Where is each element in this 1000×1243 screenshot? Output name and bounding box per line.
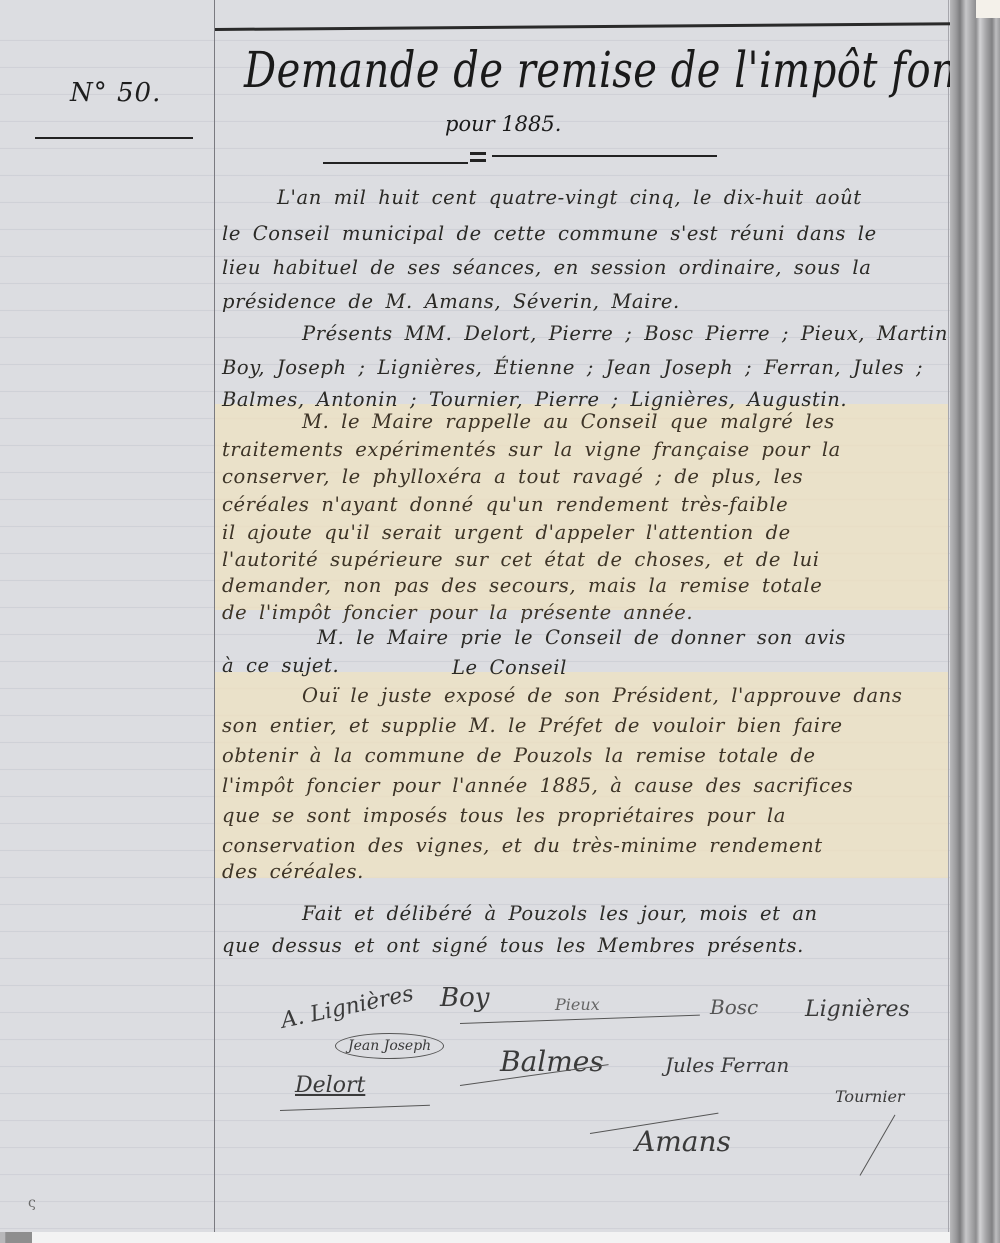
text-line: L'an mil huit cent quatre-vingt cinq, le… <box>277 186 862 209</box>
page-stack-edges <box>950 0 1000 1243</box>
text-line: Ouï le juste exposé de son Président, l'… <box>302 684 902 707</box>
signature: Jules Ferran <box>665 1053 789 1077</box>
text-line: son entier, et supplie M. le Préfet de v… <box>222 714 843 737</box>
text-line: que se sont imposés tous les propriétair… <box>222 804 786 827</box>
conseil-heading: Le Conseil <box>452 656 567 679</box>
title-underline-left <box>323 162 468 164</box>
text-line: M. le Maire rappelle au Conseil que malg… <box>302 410 835 433</box>
text-line: l'impôt foncier pour l'année 1885, à cau… <box>222 774 853 797</box>
signature: Amans <box>635 1125 731 1158</box>
signatures-block: A. Lignières Jean Joseph Boy Pieux Bosc … <box>260 975 940 1175</box>
signature-flourish <box>860 1115 896 1176</box>
title-underline-right <box>492 155 717 157</box>
signature: Boy <box>440 983 489 1013</box>
text-line: conservation des vignes, et du très-mini… <box>222 834 823 857</box>
signature: A. Lignières <box>279 981 416 1033</box>
signature: Jean Joseph <box>335 1033 444 1059</box>
text-line: que dessus et ont signé tous les Membres… <box>222 934 804 957</box>
page-bottom-edge <box>32 1232 955 1243</box>
text-line: céréales n'ayant donné qu'un rendement t… <box>222 493 788 516</box>
page-corner <box>976 0 1000 18</box>
signature: Delort <box>295 1073 365 1098</box>
signature-flourish <box>280 1105 430 1111</box>
signature: Tournier <box>835 1087 905 1106</box>
entry-number-underline <box>35 137 193 139</box>
title-separator <box>470 152 486 162</box>
text-line: traitements expérimentés sur la vigne fr… <box>222 438 841 461</box>
text-line: le Conseil municipal de cette commune s'… <box>222 222 877 245</box>
text-line: à ce sujet. <box>222 654 339 677</box>
page-title: Demande de remise de l'impôt foncier <box>244 42 1000 100</box>
text-line: Présents MM. Delort, Pierre ; Bosc Pierr… <box>302 322 967 345</box>
register-page: N° 50. Demande de remise de l'impôt fonc… <box>0 0 955 1232</box>
text-line: l'autorité supérieure sur cet état de ch… <box>222 548 820 571</box>
entry-number: N° 50. <box>70 78 161 108</box>
text-line: présidence de M. Amans, Séverin, Maire. <box>222 290 680 313</box>
text-line: Boy, Joseph ; Lignières, Étienne ; Jean … <box>222 356 923 379</box>
text-line: Balmes, Antonin ; Tournier, Pierre ; Lig… <box>222 388 847 411</box>
page-subtitle: pour 1885. <box>445 112 561 136</box>
text-line: Fait et délibéré à Pouzols les jour, moi… <box>302 902 818 925</box>
text-line: conserver, le phylloxéra a tout ravagé ;… <box>222 465 803 488</box>
text-line: obtenir à la commune de Pouzols la remis… <box>222 744 816 767</box>
margin-mark: ς <box>28 1195 36 1211</box>
text-line: des céréales. <box>222 860 364 883</box>
signature: Lignières <box>805 997 910 1022</box>
text-line: lieu habituel de ses séances, en session… <box>222 256 871 279</box>
margin-rule <box>214 0 215 1232</box>
top-rule <box>215 22 955 31</box>
text-line: il ajoute qu'il serait urgent d'appeler … <box>222 521 791 544</box>
signature: Bosc <box>710 995 758 1019</box>
text-line: demander, non pas des secours, mais la r… <box>222 574 822 597</box>
signature: Pieux <box>555 995 600 1014</box>
signature-flourish <box>460 1015 700 1024</box>
right-rule <box>948 0 949 1232</box>
text-line: de l'impôt foncier pour la présente anné… <box>222 601 693 624</box>
text-line: M. le Maire prie le Conseil de donner so… <box>317 626 846 649</box>
